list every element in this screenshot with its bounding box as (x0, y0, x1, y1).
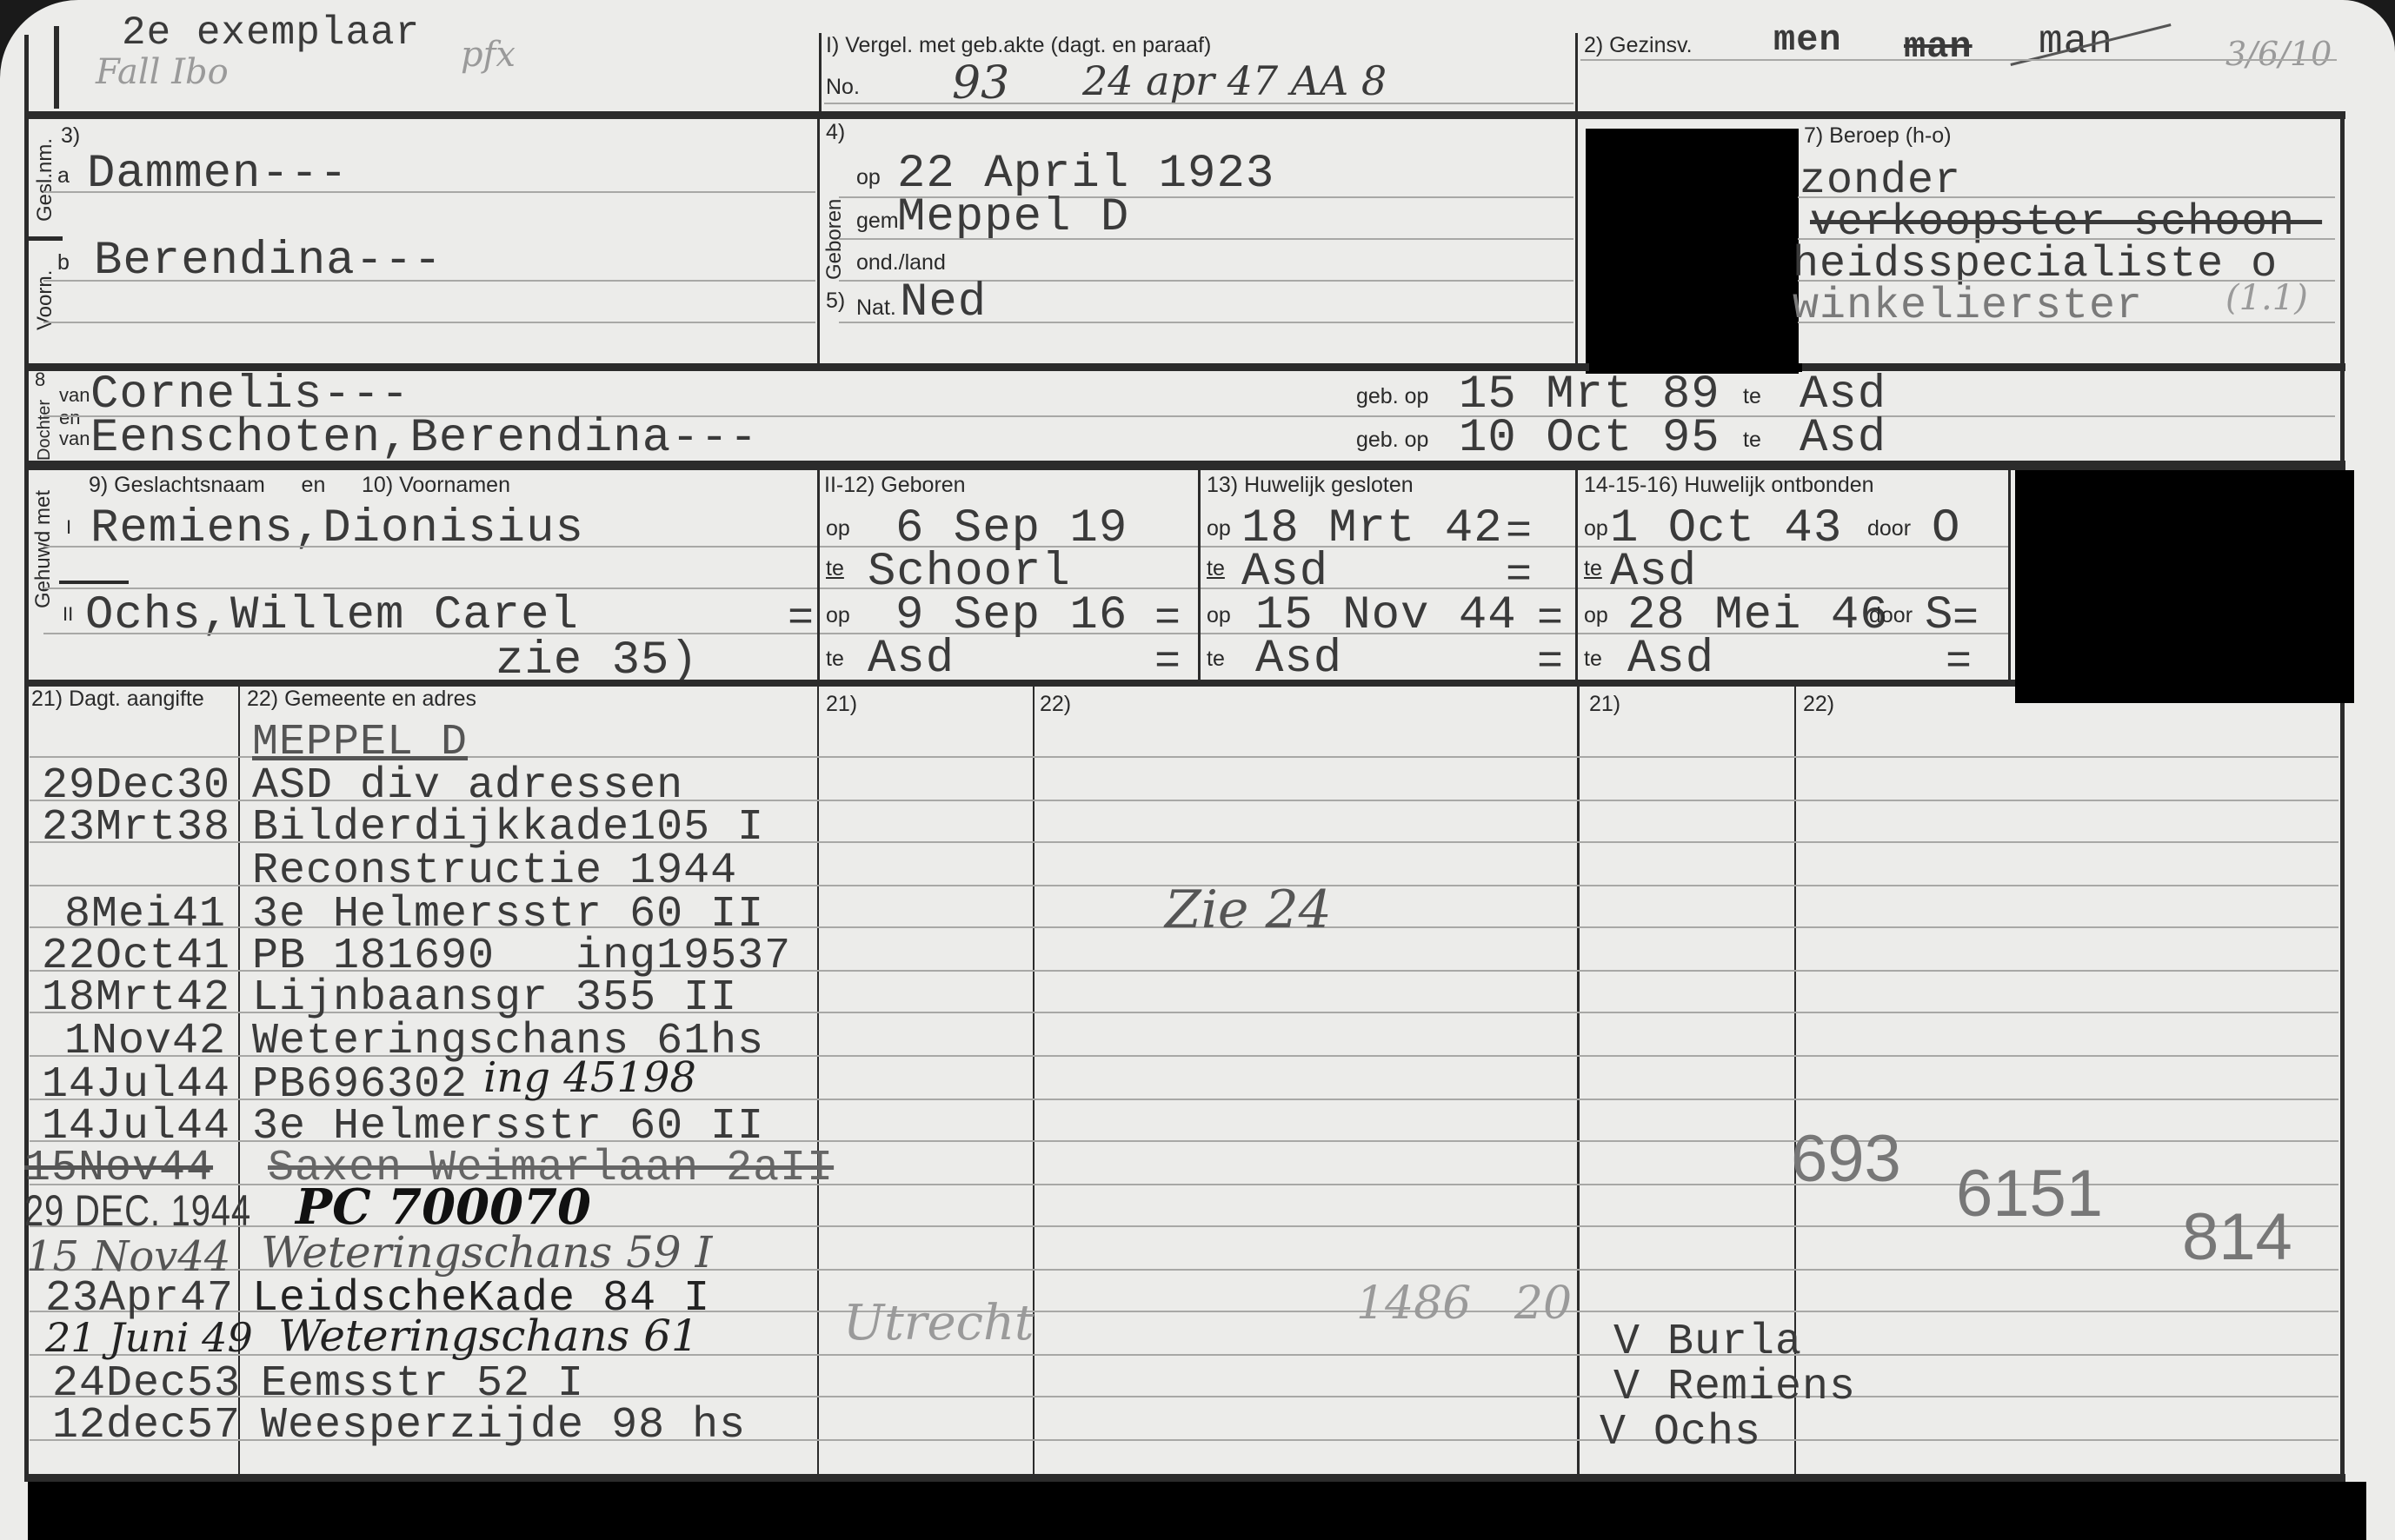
field-1-date-paraaf: 24 apr 47 AA 8 (1082, 57, 1387, 104)
address-row-15-addr: Weteringschans 61 (278, 1311, 699, 1361)
mother-te-label: te (1743, 428, 1761, 453)
born-header: II-12) Geboren (824, 473, 966, 498)
field-2-label: 2) Gezinsv. (1584, 33, 1693, 58)
field-1-rule (824, 103, 1573, 104)
top-divider-2 (1575, 33, 1578, 113)
right-number-3: 814 (2182, 1199, 2292, 1275)
address-row-3-date: 23Mrt38 (42, 803, 230, 853)
mother-van-label: van (59, 428, 90, 450)
m2-dissolved-place: Asd (1627, 633, 1714, 686)
en-label: en (59, 407, 80, 429)
father-geb-op-label: geb. op (1356, 384, 1428, 409)
address-date-header-2: 21) (826, 692, 857, 717)
copy-label: 2e exemplaar (122, 10, 420, 56)
mother-birth-date: 10 Oct 95 (1459, 412, 1720, 465)
mother-geb-op-label: geb. op (1356, 428, 1428, 453)
field-7-label: 7) Beroep (h-o) (1804, 123, 1952, 149)
m2-born-op: op (826, 603, 850, 628)
separator-1 (24, 111, 2345, 119)
address-addr-header-2: 22) (1040, 692, 1071, 717)
middle-see-note: Zie 24 (1165, 880, 1332, 940)
m1-dissolved-door: door (1867, 516, 1911, 541)
marriage-col-divider-3 (1575, 469, 1578, 685)
birth-op-label: op (856, 165, 881, 190)
field-4-label: 4) (826, 120, 845, 145)
marriage-1-roman: I (66, 516, 71, 539)
address-addr-header-3: 22) (1803, 692, 1834, 717)
ond-land-label: ond./land (856, 250, 946, 275)
m1-dissolved-by: O (1932, 502, 1960, 555)
m2-dissolved-door: door (1869, 603, 1913, 628)
right-number-1: 693 (1791, 1121, 1901, 1197)
address-row-13-addr: Weteringschans 59 I (261, 1227, 712, 1278)
m2-married-date-eq: = (1537, 594, 1564, 644)
marriages-names-header: 9) Geslachtsnaam en 10) Voornamen (89, 473, 510, 498)
addr-col-3 (1033, 683, 1035, 1477)
father-van-label: van (59, 384, 90, 407)
address-row-17-addr: Weesperzijde 98 hs (261, 1401, 746, 1450)
field-8-number: 8 (35, 368, 45, 391)
middle-faint-numbers: 1486 20 (1356, 1278, 1572, 1330)
field-6-redaction (1586, 129, 1799, 374)
birth-place-rule (839, 238, 1573, 240)
right-typed-3: V Ochs (1600, 1408, 1761, 1457)
row2-divider-2 (1575, 115, 1578, 367)
birth-place: Meppel D (897, 191, 1129, 244)
middle-faint-note: Utrecht (843, 1295, 1035, 1351)
birth-gem-label: gem (856, 209, 899, 234)
field-1-number: 93 (952, 57, 1009, 110)
occupation-rule-4 (1798, 322, 2335, 323)
address-row-8-date: 1Nov42 (64, 1017, 226, 1066)
right-number-2: 6151 (1956, 1156, 2103, 1231)
separator-bottom (24, 1474, 2345, 1482)
occupation-margin-note: (1.1) (2225, 278, 2308, 318)
top-right-handwriting: 3/6/10 (2225, 35, 2332, 73)
father-te-label: te (1743, 384, 1761, 409)
marriage-2-name-eq: = (788, 594, 815, 644)
m2-born-te: te (826, 647, 844, 672)
m2-dissolved-te: te (1584, 647, 1602, 672)
m2-married-place: Asd (1255, 633, 1342, 686)
address-row-1-addr: MEPPEL D (252, 718, 468, 767)
address-row-7-date: 18Mrt42 (42, 973, 230, 1023)
field-3-label: 3) (61, 123, 80, 149)
separator-3 (24, 461, 2345, 470)
registration-card: 2e exemplaar Fall Ibo pfx I) Vergel. met… (0, 0, 2395, 1540)
surname-side-label: Gesl.nm. (33, 138, 57, 222)
right-typed-1: V Burla (1613, 1318, 1802, 1367)
surname-marker: a (57, 163, 70, 189)
mother-name: Eenschoten,Berendina--- (90, 412, 758, 465)
separator-4 (24, 680, 2015, 687)
firstnames-marker: b (57, 250, 70, 275)
addr-col-2 (817, 683, 819, 1477)
m2-married-op: op (1207, 603, 1231, 628)
occupation-line-4: winkelierster (1793, 282, 2143, 331)
address-row-4-addr: Reconstructie 1944 (252, 846, 737, 896)
right-typed-2: V Remiens (1613, 1363, 1856, 1412)
marriage-2-roman: II (63, 603, 73, 626)
m1-born-te: te (826, 556, 844, 581)
row2-divider-1 (817, 115, 820, 367)
m1-married-date-eq: = (1506, 508, 1533, 557)
address-row-12-stamp-date: 29 DEC. 1944 (24, 1185, 251, 1236)
top-divider-1 (819, 33, 822, 113)
address-date-header: 21) Dagt. aangifte (31, 687, 204, 712)
top-left-bar (54, 26, 59, 109)
field-1-label: I) Vergel. met geb.akte (dagt. en paraaf… (826, 33, 1211, 58)
surname-rule (43, 191, 815, 193)
m1-born-op: op (826, 516, 850, 541)
address-row-3-addr: Bilderdijkkade105 I (252, 803, 764, 853)
dissolved-header: 14-15-16) Huwelijk ontbonden (1584, 473, 1874, 498)
nationality-number: 5) (826, 289, 845, 314)
marriage-col-divider-4 (2008, 469, 2011, 685)
nationality-label: Nat. (856, 295, 896, 321)
mother-birth-place: Asd (1800, 412, 1886, 465)
m1-married-op: op (1207, 516, 1231, 541)
row2-right-border (2340, 115, 2345, 367)
m2-dissolved-op: op (1584, 603, 1608, 628)
m2-born-place: Asd (868, 633, 955, 686)
nationality-rule (839, 322, 1573, 323)
top-handwriting-mid: pfx (461, 35, 516, 75)
m1-married-te: te (1207, 556, 1225, 581)
m1-dissolved-te: te (1584, 556, 1602, 581)
daughter-side-label: Dochter (35, 400, 55, 461)
family-status-2: man (1904, 26, 1973, 68)
family-status-1: men (1773, 19, 1842, 61)
addr-col-4 (1577, 683, 1580, 1477)
marriage-col-divider-1 (817, 469, 820, 685)
field-2-rule (1580, 59, 2337, 61)
marriage-col-divider-2 (1198, 469, 1201, 685)
address-addr-header: 22) Gemeente en adres (247, 687, 476, 712)
right-marriage-redaction (2015, 470, 2354, 703)
firstnames-rule-2 (43, 322, 815, 323)
m1-dissolved-op: op (1584, 516, 1608, 541)
married-side-label: Gehuwd met (31, 490, 56, 608)
address-row-7-addr: Lijnbaansgr 355 II (252, 973, 737, 1023)
m2-married-te: te (1207, 647, 1225, 672)
married-header: 13) Huwelijk gesloten (1207, 473, 1414, 498)
m2-dissolved-by-eq: = (1953, 594, 1979, 644)
top-handwriting-left: Fall Ibo (96, 52, 229, 92)
field-1-no-label: No. (826, 75, 860, 100)
bottom-redaction (28, 1482, 2366, 1540)
firstnames-rule (43, 280, 815, 282)
address-date-header-3: 21) (1589, 692, 1620, 717)
m2-dissolved-by: S (1925, 589, 1953, 642)
marriage-name-tick (59, 581, 129, 584)
address-row-9-hand-note: ing 45198 (483, 1053, 696, 1102)
m2-born-date-eq: = (1154, 594, 1181, 644)
name-divider-tick (28, 236, 63, 241)
parents-top-redaction (1589, 363, 1802, 372)
address-row-17-date: 12dec57 (52, 1401, 241, 1450)
address-row-15-date: 21 Juni 49 (45, 1314, 253, 1361)
